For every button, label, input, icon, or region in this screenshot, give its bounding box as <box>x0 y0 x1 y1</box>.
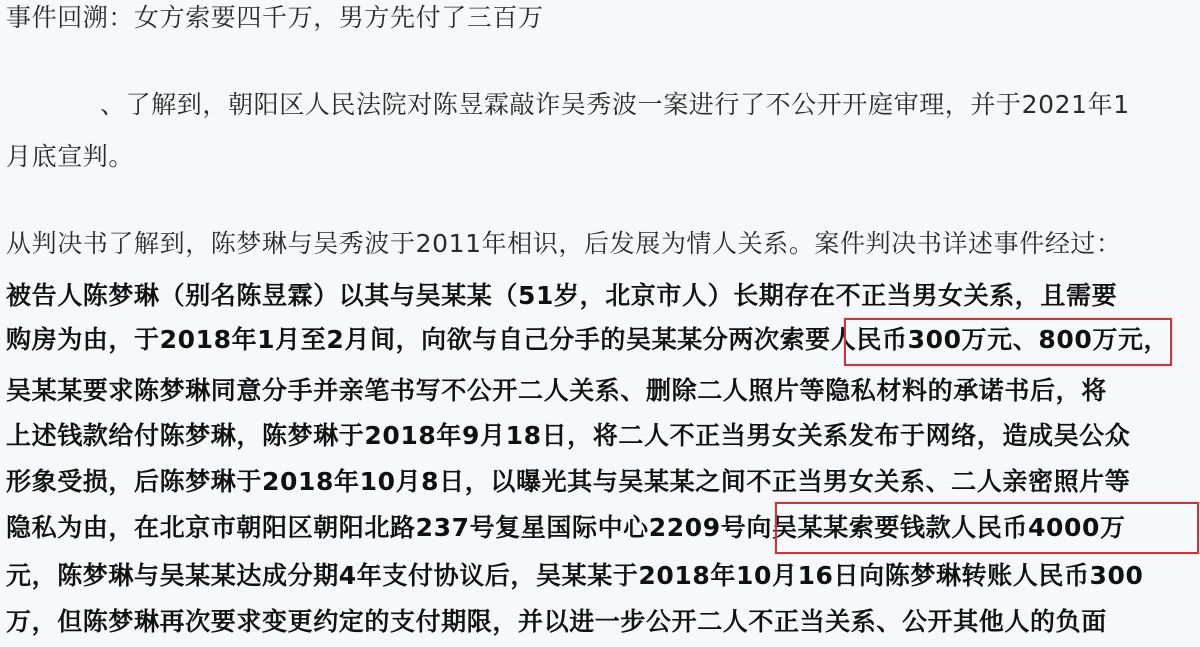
paragraph-1-line-1: 、了解到，朝阳区人民法院对陈昱霖敲诈吴秀波一案进行了不公开开庭审理，并于2021… <box>100 89 1130 121</box>
quote-line-5: 形象受损，后陈梦琳于2018年10月8日，以曝光其与吴某某之间不正当男女关系、二… <box>6 466 1130 498</box>
quote-line-7: 元，陈梦琳与吴某某达成分期4年支付协议后，吴某某于2018年10月16日向陈梦琳… <box>6 560 1144 592</box>
document-heading: 事件回溯：女方索要四千万，男方先付了三百万 <box>6 2 544 34</box>
paragraph-2-line-1: 从判决书了解到，陈梦琳与吴秀波于2011年相识，后发展为情人关系。案件判决书详述… <box>6 228 1122 260</box>
paragraph-1-line-2: 月底宣判。 <box>6 141 134 173</box>
quote-line-1: 被告人陈梦琳（别名陈昱霖）以其与吴某某（51岁，北京市人）长期存在不正当男女关系… <box>6 280 1117 312</box>
quote-line-3: 吴某某要求陈梦琳同意分手并亲笔书写不公开二人关系、删除二人照片等隐私材料的承诺书… <box>6 375 1107 407</box>
highlight-box-300-800 <box>844 318 1172 366</box>
quote-line-4: 上述钱款给付陈梦琳，陈梦琳于2018年9月18日，将二人不正当男女关系发布于网络… <box>6 420 1130 452</box>
highlight-box-4000 <box>775 502 1199 554</box>
quote-line-8: 万，但陈梦琳再次要求变更约定的支付期限，并以进一步公开二人不正当关系、公开其他人… <box>6 606 1107 638</box>
